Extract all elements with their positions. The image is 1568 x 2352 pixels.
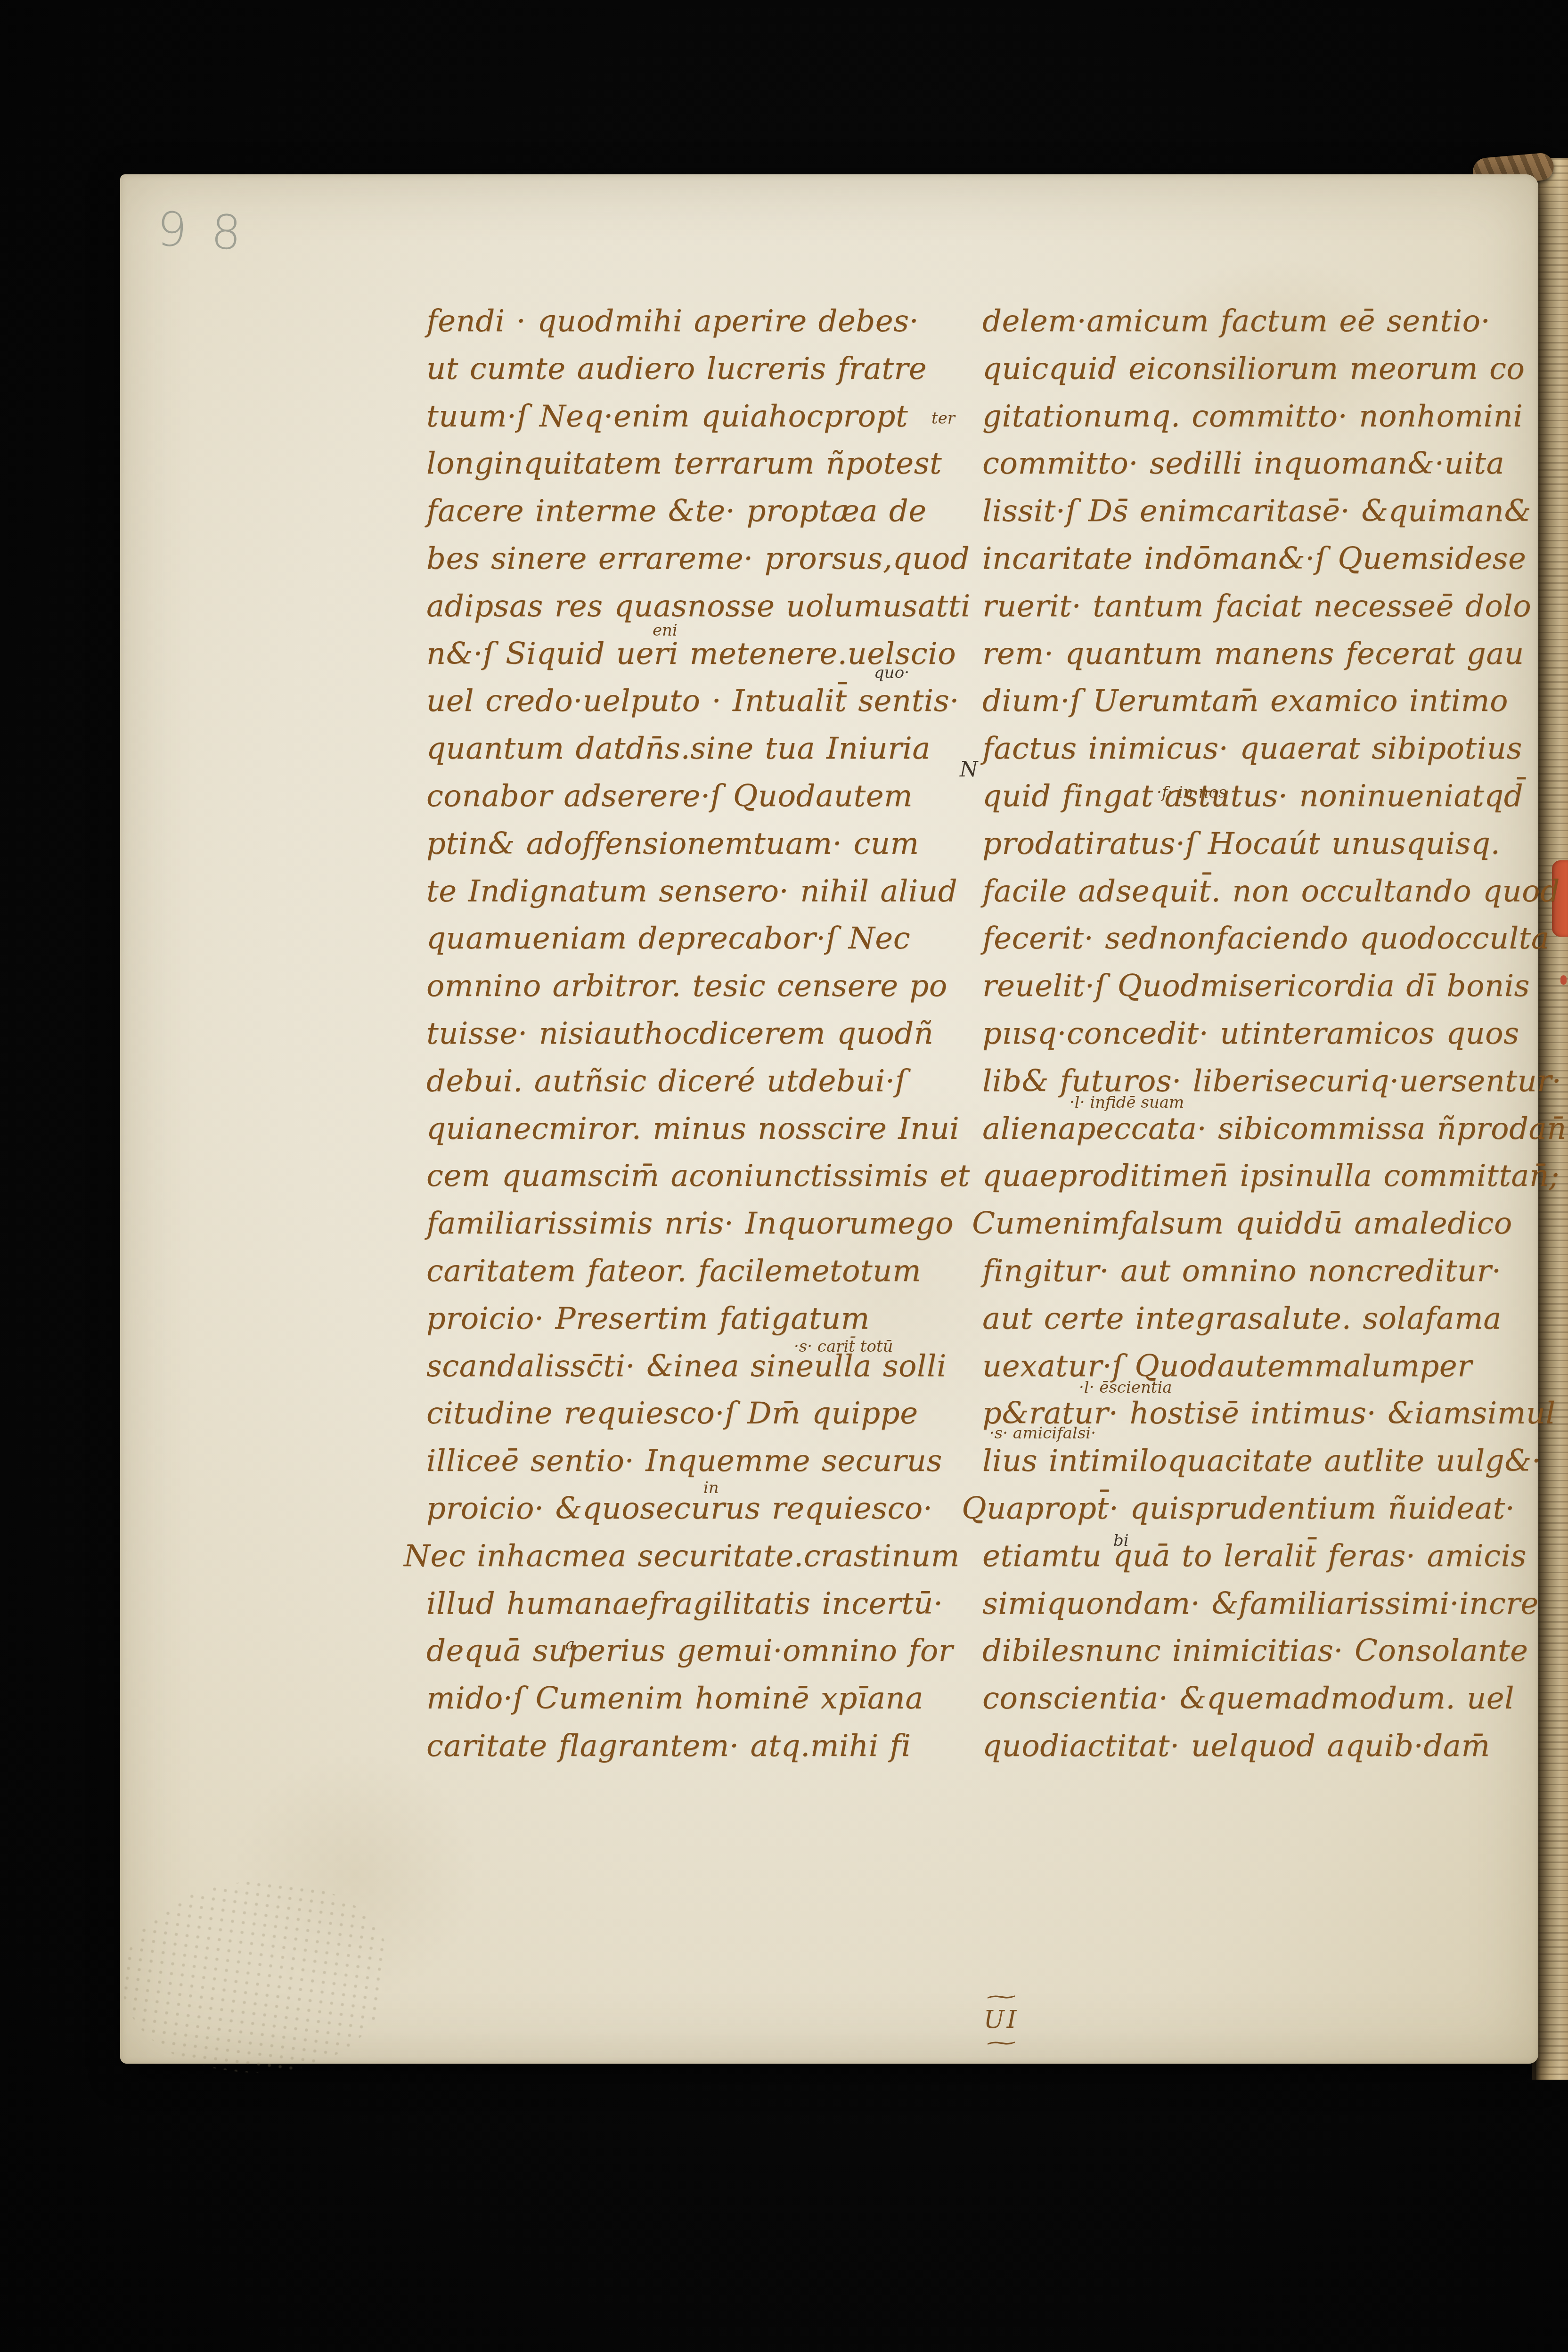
text-line: lius intimiloquacitate autlite uulg&·	[982, 1437, 1543, 1485]
text-line: quantum datdn̄s.sine tua Iniuria	[426, 725, 968, 773]
text-line: uel credo·uelputo · Intualit̄ sentis·	[426, 678, 968, 725]
quire-signature-label: UI	[959, 2006, 1044, 2033]
text-line: caritatem fateor. facilemetotum	[426, 1248, 968, 1295]
text-line: alienapeccata· sibicommissa ñprodan̄·	[982, 1105, 1543, 1153]
text-line: quid fingat astutus· noninueniatqd̄	[982, 773, 1543, 820]
text-line: mido·ſ Cumenim hominē xpīana	[426, 1675, 968, 1723]
text-line: ut cumte audiero lucreris fratre	[426, 345, 968, 393]
text-line: committo· sedilli inquoman&·uita	[982, 440, 1543, 488]
text-line: longinquitatem terrarum ñpotest	[426, 440, 968, 488]
interlinear-gloss: quo·	[874, 663, 909, 682]
text-line: tuum·ſ Neq·enim quiahocpropt	[426, 393, 968, 441]
text-line: quamueniam deprecabor·ſ Nec	[426, 915, 968, 963]
folio-number-pencil: 9 8	[155, 201, 247, 261]
red-ink-fragment	[1560, 975, 1567, 985]
text-line: aut certe integrasalute. solafama	[982, 1295, 1543, 1343]
text-line: lissit·ſ Ds̄ enimcaritasē· &quiman&	[982, 488, 1543, 535]
text-line: familiarissimis nris· Inquorumego	[426, 1200, 968, 1248]
text-line: adipsas res quasnosse uolumusatti	[426, 583, 968, 630]
text-line: conabor adserere·ſ Quodautem	[426, 773, 968, 820]
text-line: Cumenimfalsum quiddū amaledico	[972, 1200, 1543, 1248]
text-line: citudine requiesco·ſ Dm̄ quippe	[426, 1390, 968, 1437]
text-line: quicquid eiconsiliorum meorum co	[982, 345, 1543, 393]
text-line: dibilesnunc inimicitias· Consolante	[982, 1627, 1543, 1675]
text-line: Quapropt̄· quisprudentium ñuideat·	[962, 1485, 1543, 1533]
text-line: fecerit· sednonfaciendo quodocculta	[982, 915, 1543, 963]
interlinear-gloss: ·f· in nos	[1157, 783, 1226, 802]
text-line: etiamtu quā to leralit̄ feras· amicis	[982, 1533, 1543, 1580]
interlinear-gloss: ·s· amicifalsi·	[989, 1424, 1096, 1443]
text-line: delem·amicum factum eē sentio·	[982, 298, 1543, 345]
text-line: lib& futuros· liberisecuriq·uersentur·	[982, 1058, 1543, 1105]
quire-flourish-bottom: ∼	[904, 2033, 1099, 2052]
text-line: pıısq·concedit· utinteramicos quos	[982, 1010, 1543, 1058]
text-line: cem quamscim̄ aconiunctissimis et	[426, 1152, 968, 1200]
quire-flourish-top: ∼	[904, 1987, 1099, 2006]
parchment-follicle-speckles	[112, 1864, 398, 2088]
text-line: illud humanaefragilitatis incertū·	[426, 1580, 968, 1628]
text-line: proicio· Presertim fatigatum	[426, 1295, 968, 1343]
interlinear-gloss: ·s· carit̄ totū	[794, 1337, 893, 1356]
interlinear-gloss: a	[565, 1635, 575, 1654]
text-line: te Indignatum sensero· nihil aliud	[426, 868, 968, 915]
text-line: incaritate indōman&·ſ Quemsidese	[982, 535, 1543, 583]
text-line: tuisse· nisiauthocdicerem quodñ	[426, 1010, 968, 1058]
text-line: ruerit· tantum faciat necesseē dolo	[982, 583, 1543, 630]
text-line: factus inimicus· quaerat sibipotius	[982, 725, 1543, 773]
manuscript-page: 9 8 fendi · quodmihi aperire debes·ut cu…	[120, 174, 1538, 2064]
text-line: rem· quantum manens fecerat gau	[982, 630, 1543, 678]
text-line: facile adsequit̄. non occultando quod	[982, 868, 1543, 915]
text-column-right: delem·amicum factum eē sentio·quicquid e…	[982, 298, 1543, 1770]
quire-signature: ∼ UI ∼	[959, 1987, 1044, 2052]
interlinear-gloss: ter	[931, 409, 955, 428]
text-line: quianecmiror. minus nosscire Inui	[426, 1105, 968, 1153]
text-line: illiceē sentio· Inquemme securus	[426, 1437, 968, 1485]
nota-marginal-mark: N	[960, 758, 978, 782]
text-line: Nec inhacmea securitate.crastinum	[404, 1533, 968, 1580]
text-line: fingitur· aut omnino noncreditur·	[982, 1248, 1543, 1295]
interlinear-gloss: eni	[653, 621, 678, 640]
text-line: conscientia· &quemadmodum. uel	[982, 1675, 1543, 1723]
text-line: bes sinere errareme· prorsus,quod	[426, 535, 968, 583]
text-line: quodiactitat· uelquod aquib·dam̄	[982, 1723, 1543, 1770]
interlinear-gloss: ·l· ēscientia	[1079, 1378, 1172, 1397]
text-line: fendi · quodmihi aperire debes·	[426, 298, 968, 345]
text-line: reuelit·ſ Quodmisericordia dī bonis	[982, 963, 1543, 1010]
interlinear-gloss: bi	[1113, 1531, 1129, 1550]
text-line: debui. autñsic diceré utdebui·ſ	[426, 1058, 968, 1105]
text-line: gitationumq. committo· nonhomini	[982, 393, 1543, 441]
interlinear-gloss: in	[703, 1478, 719, 1497]
text-line: prodatiratus·ſ Hocaút unusquisq.	[982, 820, 1543, 868]
text-line: dequā superius gemui·omnino for	[426, 1627, 968, 1675]
text-line: quaeproditimen̄ ipsinulla committan̄;	[982, 1152, 1543, 1200]
text-line: caritate flagrantem· atq.mihi fi	[426, 1723, 968, 1770]
text-line: ptin& adoffensionemtuam· cum	[426, 820, 968, 868]
text-line: simiquondam· &familiarissimi·incre	[982, 1580, 1543, 1628]
text-line: uexatur·ſ Quodautemmalumper	[982, 1343, 1543, 1390]
text-line: facere interme &te· proptæa de	[426, 488, 968, 535]
manuscript-photo-backdrop: 9 8 fendi · quodmihi aperire debes·ut cu…	[0, 0, 1568, 2352]
text-line: proicio· &quosecurus requiesco·	[426, 1485, 968, 1533]
text-line: omnino arbitror. tesic censere po	[426, 963, 968, 1010]
interlinear-gloss: ·l· infidē suam	[1070, 1093, 1184, 1112]
text-line: dium·ſ Uerumtam̄ examico intimo	[982, 678, 1543, 725]
text-column-left: fendi · quodmihi aperire debes·ut cumte …	[426, 298, 968, 1770]
